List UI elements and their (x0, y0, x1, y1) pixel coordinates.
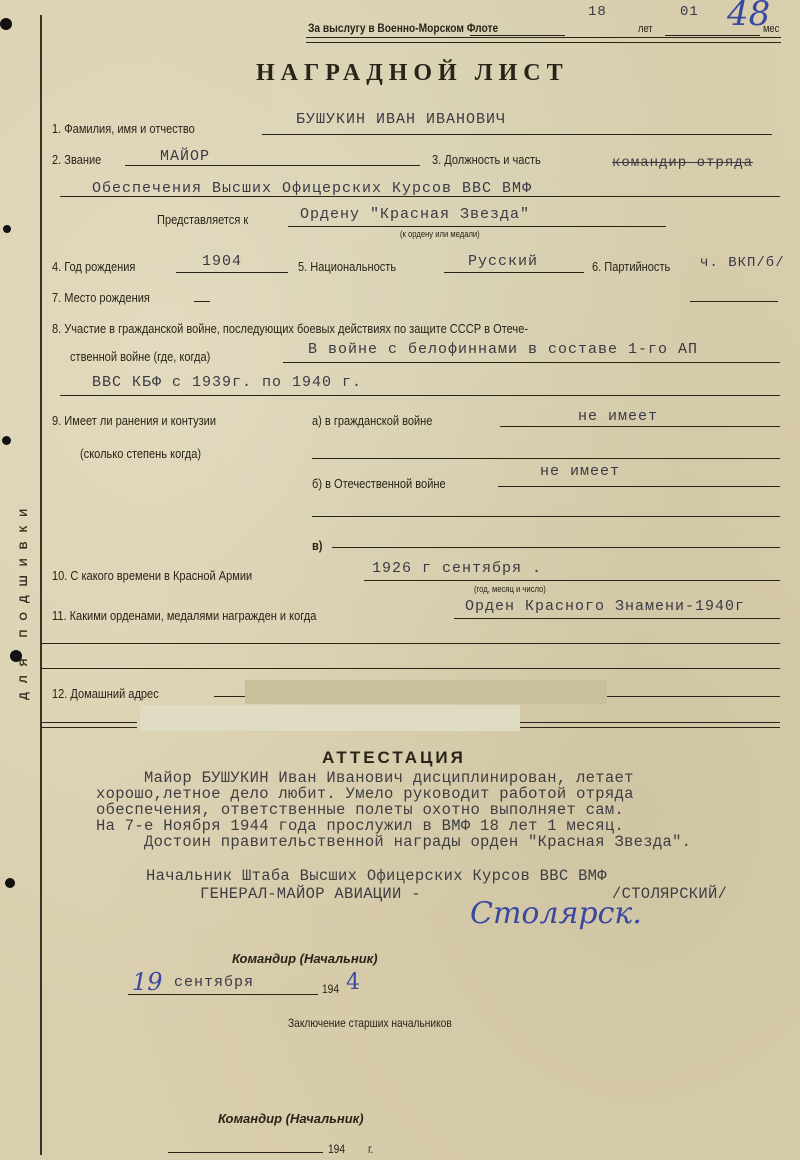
field-8-underline (283, 362, 780, 363)
attestation-line-2: хорошо,летное дело любит. Умело руководи… (96, 786, 634, 802)
superiors-date-underline (168, 1152, 323, 1153)
section-double-rule-right (520, 722, 780, 728)
field-9b-underline-2 (312, 516, 780, 517)
service-label: За выслугу в Военно-Морском Флоте (308, 21, 498, 35)
field-9a-underline-2 (312, 458, 780, 459)
superiors-commander-label: Командир (Начальник) (218, 1111, 364, 1126)
document-title: НАГРАДНОЙ ЛИСТ (256, 60, 569, 87)
signer-title-line-2: ГЕНЕРАЛ-МАЙОР АВИАЦИИ - (200, 886, 421, 902)
field-2-value: МАЙОР (160, 148, 210, 165)
nomination-value: Ордену "Красная Звезда" (300, 206, 530, 223)
attestation-title: АТТЕСТАЦИЯ (322, 748, 466, 768)
attestation-line-1: Майор БУШУКИН Иван Иванович дисциплиниро… (144, 770, 634, 786)
attestation-line-4: На 7-е Ноября 1944 года прослужил в ВМФ … (96, 818, 624, 834)
field-9b-label: б) в Отечественной войне (312, 476, 446, 491)
field-8-value: В войне с белофиннами в составе 1-го АП (308, 341, 698, 358)
field-5-underline (444, 272, 584, 273)
margin-binding-label: ДЛЯ ПОДШИВКИ (18, 480, 38, 720)
commander-label: Командир (Начальник) (232, 951, 378, 966)
field-1-label: 1. Фамилия, имя и отчество (52, 121, 195, 136)
field-10-underline (364, 580, 780, 581)
date-year-suffix: 4 (346, 970, 360, 995)
field-7-underline (194, 301, 210, 302)
service-years-unit: лет (638, 23, 653, 35)
field-10-value: 1926 г сентября . (372, 560, 542, 577)
field-9-sub-label: (сколько степень когда) (80, 446, 201, 461)
field-11-value: Орден Красного Знамени-1940г (465, 598, 745, 615)
field-9a-underline (500, 426, 780, 427)
field-6-value: ч. ВКП/б/ (700, 255, 785, 271)
field-4-label: 4. Год рождения (52, 259, 135, 274)
superiors-conclusion-label: Заключение старших начальников (288, 1016, 452, 1030)
header-double-rule (306, 37, 781, 43)
field-4-value: 1904 (202, 253, 242, 270)
field-9v-underline (332, 547, 780, 548)
redacted-address (245, 680, 607, 704)
field-6-label: 6. Партийность (592, 259, 670, 274)
field-8-label-cont: ственной войне (где, когда) (70, 349, 210, 364)
field-11-underline (454, 618, 780, 619)
field-4-underline (176, 272, 288, 273)
superiors-date-year-suffix: г. (368, 1142, 373, 1156)
field-5-label: 5. Национальность (298, 259, 396, 274)
years-underline (470, 35, 565, 36)
field-9v-label: в) (312, 538, 322, 553)
field-8-underline-2 (60, 395, 780, 396)
signer-title-line-1: Начальник Штаба Высших Офицерских Курсов… (146, 868, 607, 884)
field-9a-label: а) в гражданской войне (312, 413, 432, 428)
superiors-date-year-prefix: 194 (328, 1142, 345, 1156)
field-9b-underline (498, 486, 780, 487)
field-2-underline (125, 165, 420, 166)
attestation-line-5: Достоин правительственной награды орден … (144, 834, 691, 850)
months-underline (665, 35, 760, 36)
date-year-prefix: 194 (322, 982, 339, 996)
field-11-label: 11. Какими орденами, медалями награжден … (52, 608, 316, 623)
field-7-underline-right (690, 301, 778, 302)
field-8-value-cont: ВВС КБФ с 1939г. по 1940 г. (92, 374, 362, 391)
service-years-value: 18 (588, 4, 607, 20)
field-11-underline-2 (42, 643, 780, 644)
section-double-rule-left (42, 722, 137, 728)
handwritten-number: 48 (727, 0, 770, 34)
field-8-label: 8. Участие в гражданской войне, последую… (52, 321, 528, 336)
redacted-address-2 (140, 705, 520, 731)
field-9a-value: не имеет (578, 408, 658, 425)
field-1-underline (262, 134, 772, 135)
punch-hole (2, 436, 11, 445)
punch-hole (5, 878, 15, 888)
field-3-value-cont: Обеспечения Высших Офицерских Курсов ВВС… (92, 180, 532, 197)
field-11-underline-3 (42, 668, 780, 669)
service-months-value: 01 (680, 4, 699, 20)
field-1-value: БУШУКИН ИВАН ИВАНОВИЧ (296, 111, 506, 128)
date-month: сентября (174, 974, 254, 991)
punch-hole (10, 650, 22, 662)
punch-hole (3, 225, 11, 233)
field-3-value: командир отряда (612, 155, 753, 171)
punch-hole (0, 18, 12, 30)
field-3-underline (60, 196, 780, 197)
field-9-label: 9. Имеет ли ранения и контузии (52, 413, 216, 428)
field-9b-value: не имеет (540, 463, 620, 480)
handwritten-signature: Столярск. (470, 896, 642, 931)
nomination-underline (288, 226, 666, 227)
field-10-label: 10. С какого времени в Красной Армии (52, 568, 252, 583)
field-2-label: 2. Звание (52, 152, 101, 167)
field-12-label: 12. Домашний адрес (52, 686, 159, 701)
field-7-label: 7. Место рождения (52, 290, 150, 305)
nomination-hint: (к ордену или медали) (400, 229, 480, 239)
field-10-hint: (год, месяц и число) (474, 584, 546, 594)
date-underline (128, 994, 318, 995)
nomination-label: Представляется к (157, 212, 248, 227)
attestation-line-3: обеспечения, ответственные полеты охотно… (96, 802, 624, 818)
field-3-label: 3. Должность и часть (432, 152, 541, 167)
binding-margin-line (40, 15, 42, 1155)
date-day: 19 (132, 968, 163, 996)
field-5-value: Русский (468, 253, 538, 270)
